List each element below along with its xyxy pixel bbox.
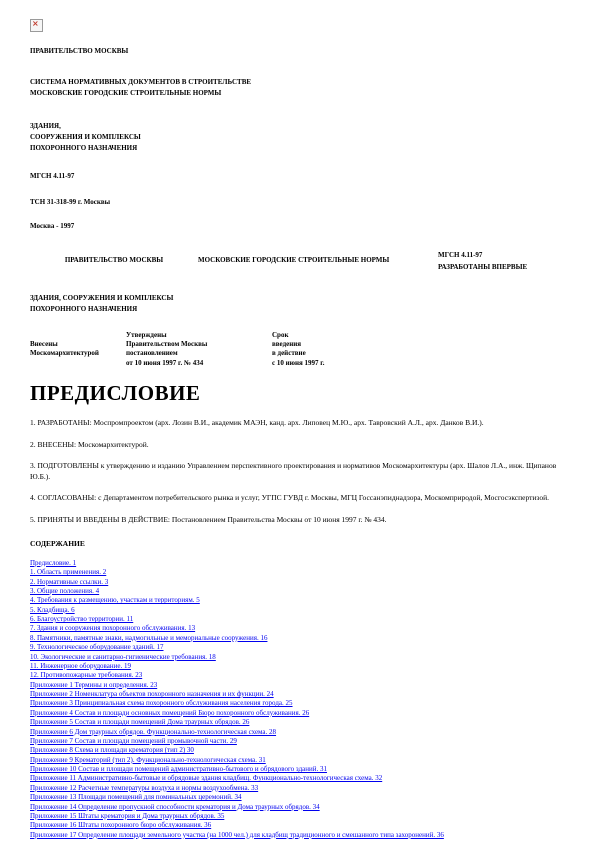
toc-link-appendix-16[interactable]: Приложение 16 Штаты похоронного бюро обс…: [30, 821, 565, 830]
toc-link-appendix-9[interactable]: Приложение 9 Крематорий (тип 2). Функцио…: [30, 756, 565, 765]
city-year: Москва - 1997: [30, 221, 565, 232]
toc-link-appendix-4[interactable]: Приложение 4 Состав и площади основных п…: [30, 709, 565, 718]
preface-heading: ПРЕДИСЛОВИЕ: [30, 381, 565, 406]
preface-paragraph-2: 2. ВНЕСЕНЫ: Москомархитектурой.: [30, 439, 565, 450]
toc-link-appendix-7[interactable]: Приложение 7 Состав и площади помещений …: [30, 737, 565, 746]
approval-table-effective-cell: Срок введения в действие с 10 июня 1997 …: [272, 331, 422, 369]
toc-link-appendix-14[interactable]: Приложение 14 Определение пропускной спо…: [30, 803, 565, 812]
broken-image-x-glyph: ×: [32, 20, 39, 28]
toc-link-appendix-17[interactable]: Приложение 17 Определение площади земель…: [30, 831, 565, 840]
toc-link-appendix-2[interactable]: Приложение 2 Номенклатура объектов похор…: [30, 690, 565, 699]
toc-link-section-11[interactable]: 11. Инженерное оборудование. 19: [30, 662, 565, 671]
tsn-code: ТСН 31-318-99 г. Москвы: [30, 197, 565, 208]
toc-link-preface[interactable]: Предисловие. 1: [30, 559, 565, 568]
toc-link-appendix-13[interactable]: Приложение 13 Площади помещений для поми…: [30, 793, 565, 802]
norms-system-line2: МОСКОВСКИЕ ГОРОДСКИЕ СТРОИТЕЛЬНЫЕ НОРМЫ: [30, 88, 565, 99]
toc-link-section-7[interactable]: 7. Здания и сооружения похоронного обслу…: [30, 624, 565, 633]
approval-header-first-developed: РАЗРАБОТАНЫ ВПЕРВЫЕ: [438, 261, 565, 273]
toc-link-appendix-1[interactable]: Приложение 1 Термины и определения. 23: [30, 681, 565, 690]
toc-link-section-9[interactable]: 9. Технологическое оборудование зданий. …: [30, 643, 565, 652]
toc-link-section-10[interactable]: 10. Экологические и санитарно-гигиеничес…: [30, 653, 565, 662]
toc-link-appendix-5[interactable]: Приложение 5 Состав и площади помещений …: [30, 718, 565, 727]
norms-system-block: СИСТЕМА НОРМАТИВНЫХ ДОКУМЕНТОВ В СТРОИТЕ…: [30, 77, 565, 99]
toc-link-section-1[interactable]: 1. Область применения. 2: [30, 568, 565, 577]
approval-header-code: МГСН 4.11-97: [438, 249, 565, 261]
toc-link-appendix-8[interactable]: Приложение 8 Схема и площади крематория …: [30, 746, 565, 755]
toc-link-section-8[interactable]: 8. Памятники, памятные знаки, надмогильн…: [30, 634, 565, 643]
toc-link-section-6[interactable]: 6. Благоустройство территории. 11: [30, 615, 565, 624]
document-page: × ПРАВИТЕЛЬСТВО МОСКВЫ СИСТЕМА НОРМАТИВН…: [0, 0, 595, 842]
document-title: ЗДАНИЯ, СООРУЖЕНИЯ И КОМПЛЕКСЫ ПОХОРОННО…: [30, 121, 565, 155]
broken-image-icon: ×: [30, 19, 43, 32]
toc-link-appendix-12[interactable]: Приложение 12 Расчетные температуры возд…: [30, 784, 565, 793]
preface-paragraph-3: 3. ПОДГОТОВЛЕНЫ к утверждению и изданию …: [30, 460, 565, 483]
toc-link-section-3[interactable]: 3. Общие положения. 4: [30, 587, 565, 596]
table-of-contents: Предисловие. 1 1. Область применения. 2 …: [30, 559, 565, 840]
contents-heading: СОДЕРЖАНИЕ: [30, 539, 565, 548]
toc-link-section-2[interactable]: 2. Нормативные ссылки. 3: [30, 578, 565, 587]
subject-title: ЗДАНИЯ, СООРУЖЕНИЯ И КОМПЛЕКСЫ ПОХОРОННО…: [30, 293, 565, 315]
approval-header-row: ПРАВИТЕЛЬСТВО МОСКВЫ МОСКОВСКИЕ ГОРОДСКИ…: [30, 249, 565, 274]
preface-paragraph-5: 5. ПРИНЯТЫ И ВВЕДЕНЫ В ДЕЙСТВИЕ: Постано…: [30, 514, 565, 525]
toc-link-appendix-6[interactable]: Приложение 6 Дом траурных обрядов. Функц…: [30, 728, 565, 737]
approval-table-approved-cell: Утверждены Правительством Москвы постано…: [126, 331, 272, 369]
toc-link-section-12[interactable]: 12. Противопожарные требования. 23: [30, 671, 565, 680]
toc-link-appendix-10[interactable]: Приложение 10 Состав и площади помещений…: [30, 765, 565, 774]
approval-header-norms: МОСКОВСКИЕ ГОРОДСКИЕ СТРОИТЕЛЬНЫЕ НОРМЫ: [198, 255, 438, 266]
toc-link-appendix-15[interactable]: Приложение 15 Штаты крематория и Дома тр…: [30, 812, 565, 821]
toc-link-section-5[interactable]: 5. Кладбища. 6: [30, 606, 565, 615]
government-title: ПРАВИТЕЛЬСТВО МОСКВЫ: [30, 46, 565, 57]
preface-paragraph-4: 4. СОГЛАСОВАНЫ: с Департаментом потребит…: [30, 492, 565, 503]
toc-link-appendix-3[interactable]: Приложение 3 Принципиальная схема похоро…: [30, 699, 565, 708]
toc-link-section-4[interactable]: 4. Требования к размещению, участкам и т…: [30, 596, 565, 605]
approval-table-introduced-cell: Внесены Москомархитектурой: [30, 331, 126, 369]
toc-link-appendix-11[interactable]: Приложение 11 Административно-бытовые и …: [30, 774, 565, 783]
norms-system-line1: СИСТЕМА НОРМАТИВНЫХ ДОКУМЕНТОВ В СТРОИТЕ…: [30, 77, 565, 88]
approval-header-government: ПРАВИТЕЛЬСТВО МОСКВЫ: [30, 255, 198, 266]
preface-paragraph-1: 1. РАЗРАБОТАНЫ: Моспромпроектом (арх. Ло…: [30, 417, 565, 428]
document-code: МГСН 4.11-97: [30, 171, 565, 182]
approval-header-code-block: МГСН 4.11-97 РАЗРАБОТАНЫ ВПЕРВЫЕ: [438, 249, 565, 274]
approval-table: Внесены Москомархитектурой Утверждены Пр…: [30, 331, 565, 369]
